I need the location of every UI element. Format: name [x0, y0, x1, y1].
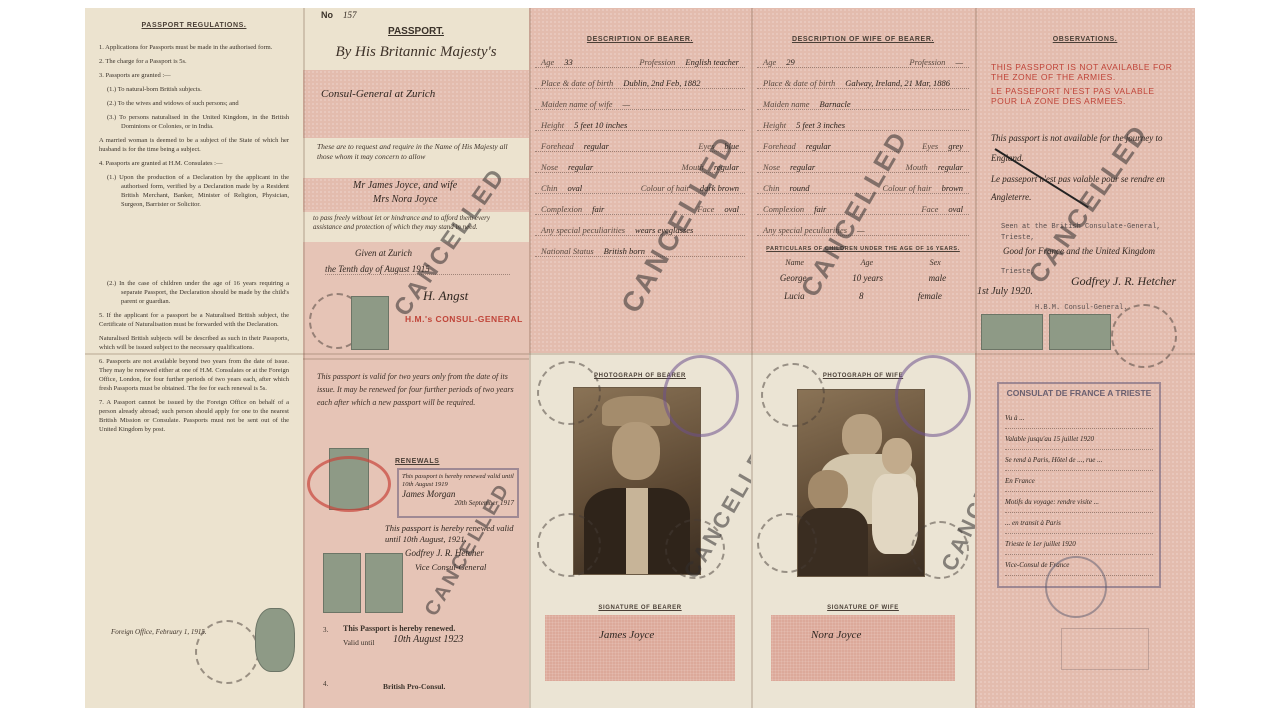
reg-2: 2. The charge for a Passport is 5s.	[99, 57, 289, 66]
request-band-2: to pass freely without let or hindrance …	[303, 212, 529, 242]
passport-document: PASSPORT REGULATIONS. 1. Applications fo…	[85, 8, 1195, 708]
field-value: fair	[814, 204, 826, 214]
field-label: Nose	[541, 162, 558, 172]
fold-line	[303, 8, 305, 708]
passport-subtitle: By His Britannic Majesty's	[303, 44, 529, 61]
shirt	[626, 488, 648, 574]
field-label: Nose	[763, 162, 780, 172]
description-row: Place & date of birthGalway, Ireland, 21…	[757, 68, 969, 89]
wife-signature: Nora Joyce	[811, 629, 861, 641]
field-label: Complexion	[763, 204, 804, 214]
field-label: Maiden name	[763, 99, 810, 109]
holder-2: Mrs Nora Joyce	[373, 194, 437, 205]
field-value: English teacher	[685, 57, 739, 67]
consulate-oval-stamp-2	[895, 355, 971, 437]
revenue-stamp-4	[365, 553, 403, 613]
cover-header: No 157 PASSPORT. By His Britannic Majest…	[303, 8, 529, 70]
field-value: 5 feet 10 inches	[574, 120, 627, 130]
request-text-1: These are to request and require in the …	[303, 138, 529, 162]
renewal-3-date: 10th August 1923	[393, 634, 463, 645]
revenue-stamp	[255, 608, 295, 672]
field-value: —	[623, 99, 631, 109]
renewal-3-valid-label: Valid until	[343, 638, 374, 647]
field-label: Place & date of birth	[541, 78, 613, 88]
reg-naturalised: Naturalised British subjects will be des…	[99, 334, 289, 352]
renewals-title: RENEWALS	[395, 458, 439, 465]
bearer-signature-box: James Joyce	[545, 615, 735, 681]
french-visa-title: CONSULAT DE FRANCE A TRIESTE	[1005, 388, 1153, 398]
children-header-sex: Sex	[930, 258, 941, 267]
field-label: Forehead	[541, 141, 574, 151]
field-value: oval	[568, 183, 583, 193]
field-label: Profession	[639, 57, 675, 67]
passport-number: 157	[343, 10, 357, 20]
reg-married: A married woman is deemed to be a subjec…	[99, 136, 289, 154]
request-text-2: to pass freely without let or hindrance …	[303, 212, 529, 232]
face	[612, 422, 660, 480]
visa-line: Vu à ...	[1005, 408, 1153, 429]
reg-5: 5. If the applicant for a passport be a …	[99, 311, 289, 329]
wife-signature-label: SIGNATURE OF WIFE	[751, 605, 975, 611]
field-label: Colour of hair	[882, 183, 931, 193]
consul-title: H.M.'s CONSUL-GENERAL	[405, 314, 523, 324]
bearer-description-panel: DESCRIPTION OF BEARER. Age33ProfessionEn…	[529, 8, 751, 353]
field-value: 5 feet 3 inches	[796, 120, 845, 130]
field-label: Profession	[909, 57, 945, 67]
renewal-3-text: This Passport is hereby renewed.	[343, 624, 455, 633]
description-row: ForeheadregularEyesgrey	[757, 131, 969, 152]
field-value: 33	[564, 57, 573, 67]
daughter-face	[882, 438, 912, 474]
description-row: Height5 feet 10 inches	[535, 110, 745, 131]
field-label: Forehead	[763, 141, 796, 151]
reg-4: 4. Passports are granted at H.M. Consula…	[99, 159, 289, 168]
consulate-oval-stamp	[663, 355, 739, 437]
faded-stamp	[1061, 628, 1149, 670]
reg-4-2: (2.) In the case of children under the a…	[99, 279, 289, 306]
field-value: —	[955, 57, 963, 67]
trieste-seal	[1111, 304, 1177, 368]
description-row: Maiden nameBarnacle	[757, 89, 969, 110]
fold-line	[85, 353, 1195, 355]
field-value: Galway, Ireland, 21 Mar, 1886	[845, 78, 950, 88]
description-row: Any special peculiaritieswears eyeglasse…	[535, 215, 745, 236]
field-value: fair	[592, 204, 604, 214]
validity-text: This passport is valid for two years onl…	[317, 370, 517, 409]
regulations-footer: Foreign Office, February 1, 1915.	[111, 628, 207, 636]
field-label: Place & date of birth	[763, 78, 835, 88]
photo-seal-2	[537, 513, 601, 577]
field-label: Mouth	[906, 162, 928, 172]
renewal-4-number: 4.	[323, 680, 328, 688]
description-row: Age33ProfessionEnglish teacher	[535, 47, 745, 68]
description-row: Place & date of birthDublin, 2nd Feb, 18…	[535, 68, 745, 89]
bearer-photo-panel: PHOTOGRAPH OF BEARER SIGNATURE OF BEARER…	[529, 353, 751, 708]
wife-face	[842, 414, 882, 458]
visa-line: ... en transit à Paris	[1005, 513, 1153, 534]
field-value: Dublin, 2nd Feb, 1882	[623, 78, 700, 88]
children-headers: Name Age Sex	[757, 258, 969, 267]
child-row: Lucia 8 female	[757, 291, 969, 301]
wife-description-panel: DESCRIPTION OF WIFE OF BEARER. Age29Prof…	[751, 8, 975, 353]
son-face	[808, 470, 848, 512]
field-label: Age	[541, 57, 554, 67]
revenue-stamp-6	[1049, 314, 1111, 350]
children-title: PARTICULARS OF CHILDREN UNDER THE AGE OF…	[757, 246, 969, 252]
regulations-panel: PASSPORT REGULATIONS. 1. Applications fo…	[85, 8, 303, 708]
wife-photo-panel: PHOTOGRAPH OF WIFE SIGNATURE OF WIFE Nor…	[751, 353, 975, 708]
observations-title: OBSERVATIONS.	[975, 36, 1195, 43]
fold-line	[975, 8, 977, 708]
field-label: Age	[763, 57, 776, 67]
revenue-stamp-5	[981, 314, 1043, 350]
visa-line: Trieste le 1er juillet 1920	[1005, 534, 1153, 555]
trieste-date: 1st July 1920.	[977, 286, 1033, 297]
field-value: oval	[724, 204, 739, 214]
reg-3-2: (2.) To the wives and widows of such per…	[99, 99, 289, 108]
child-row: George 10 years male	[757, 273, 969, 283]
child-name: Lucia	[784, 291, 805, 301]
bearer-signature-label: SIGNATURE OF BEARER	[529, 605, 751, 611]
fold-line	[529, 8, 531, 708]
description-row: Age29Profession—	[757, 47, 969, 68]
field-value: Barnacle	[820, 99, 851, 109]
regulations-title: PASSPORT REGULATIONS.	[99, 22, 289, 29]
photo-seal-1	[537, 361, 601, 425]
children-header-age: Age	[861, 258, 873, 267]
wife-signature-box: Nora Joyce	[771, 615, 955, 681]
field-label: National Status	[541, 246, 594, 256]
field-value: regular	[806, 141, 831, 151]
renewal-3-title: British Pro-Consul.	[383, 682, 445, 691]
field-value: oval	[948, 204, 963, 214]
child-sex: male	[929, 273, 947, 283]
issuer-band: Consul-General at Zurich	[303, 70, 529, 138]
field-label: Any special peculiarities	[541, 225, 625, 235]
field-value: British born	[604, 246, 645, 256]
field-value: regular	[938, 162, 963, 172]
field-label: Face	[921, 204, 938, 214]
child-age: 10 years	[852, 273, 883, 283]
field-value: regular	[790, 162, 815, 172]
field-value: 29	[786, 57, 795, 67]
photo-seal-4	[761, 363, 825, 427]
field-value: brown	[942, 183, 963, 193]
description-row: Maiden name of wife—	[535, 89, 745, 110]
observations-panel: OBSERVATIONS. THIS PASSPORT IS NOT AVAIL…	[975, 8, 1195, 708]
field-value: regular	[568, 162, 593, 172]
field-label: Chin	[763, 183, 780, 193]
visa-line: En France	[1005, 471, 1153, 492]
field-label: Complexion	[541, 204, 582, 214]
holder: Mr James Joyce, and wife	[353, 180, 457, 191]
trieste-visa-2: Good for France and the United Kingdom	[1003, 246, 1183, 257]
description-row: National StatusBritish born	[535, 236, 745, 257]
reg-3: 3. Passports are granted :—	[99, 71, 289, 80]
revenue-stamp-1	[351, 296, 389, 350]
photo-seal-5	[757, 513, 817, 573]
trieste-signature: Godfrey J. R. Hetcher	[1071, 274, 1176, 289]
issuer: Consul-General at Zurich	[321, 88, 435, 100]
field-value: grey	[948, 141, 963, 151]
children-header-name: Name	[785, 258, 804, 267]
renewal-oval-stamp	[307, 456, 391, 512]
description-row: ComplexionfairFaceoval	[535, 194, 745, 215]
warning-en: THIS PASSPORT IS NOT AVAILABLE FOR THE Z…	[991, 62, 1181, 82]
bearer-signature: James Joyce	[599, 629, 654, 641]
fold-line	[751, 8, 753, 708]
field-label: Maiden name of wife	[541, 99, 613, 109]
passport-no-label: No	[321, 10, 333, 20]
visa-line: Motifs du voyage: rendre visite ...	[1005, 492, 1153, 513]
reg-1: 1. Applications for Passports must be ma…	[99, 43, 289, 52]
given-at: Given at Zurich	[355, 248, 412, 258]
trieste-title: H.B.M. Consul-General.	[1035, 304, 1127, 312]
french-visa-lines: Vu à ...Valable jusqu'au 15 juillet 1920…	[1005, 408, 1153, 576]
child-sex: female	[918, 291, 942, 301]
reg-3-3: (3.) To persons naturalised in the Unite…	[99, 113, 289, 131]
description-row: Height5 feet 3 inches	[757, 110, 969, 131]
french-consulate-seal	[1045, 556, 1107, 618]
field-label: Eyes	[922, 141, 938, 151]
field-value: round	[790, 183, 810, 193]
reg-7: 7. A Passport cannot be issued by the Fo…	[99, 398, 289, 434]
reg-3-1: (1.) To natural-born British subjects.	[99, 85, 289, 94]
field-label: Height	[763, 120, 786, 130]
revenue-stamp-3	[323, 553, 361, 613]
field-value: regular	[584, 141, 609, 151]
visa-line: Se rend à Paris, Hôtel de ..., rue ...	[1005, 450, 1153, 471]
renewal-2-text: This passport is hereby renewed valid un…	[385, 523, 525, 545]
cancelled-stamp-6: CANCELLED	[936, 417, 975, 575]
reg-4-1: (1.) Upon the production of a Declaratio…	[99, 173, 289, 209]
reg-6: 6. Passports are not available beyond tw…	[99, 357, 289, 393]
field-label: Chin	[541, 183, 558, 193]
passport-title: PASSPORT.	[303, 26, 529, 37]
child-age: 8	[859, 291, 864, 301]
passport-cover-panel: No 157 PASSPORT. By His Britannic Majest…	[303, 8, 529, 708]
warning-fr: LE PASSEPORT N'EST PAS VALABLE POUR LA Z…	[991, 86, 1181, 106]
regulations-text: 1. Applications for Passports must be ma…	[99, 43, 289, 434]
renewal-3-number: 3.	[323, 626, 328, 634]
wife-title: DESCRIPTION OF WIFE OF BEARER.	[757, 36, 969, 43]
fold-line	[303, 358, 529, 360]
consulate-seal	[195, 620, 259, 684]
field-label: Height	[541, 120, 564, 130]
visa-line: Valable jusqu'au 15 juillet 1920	[1005, 429, 1153, 450]
bearer-title: DESCRIPTION OF BEARER.	[535, 36, 745, 43]
